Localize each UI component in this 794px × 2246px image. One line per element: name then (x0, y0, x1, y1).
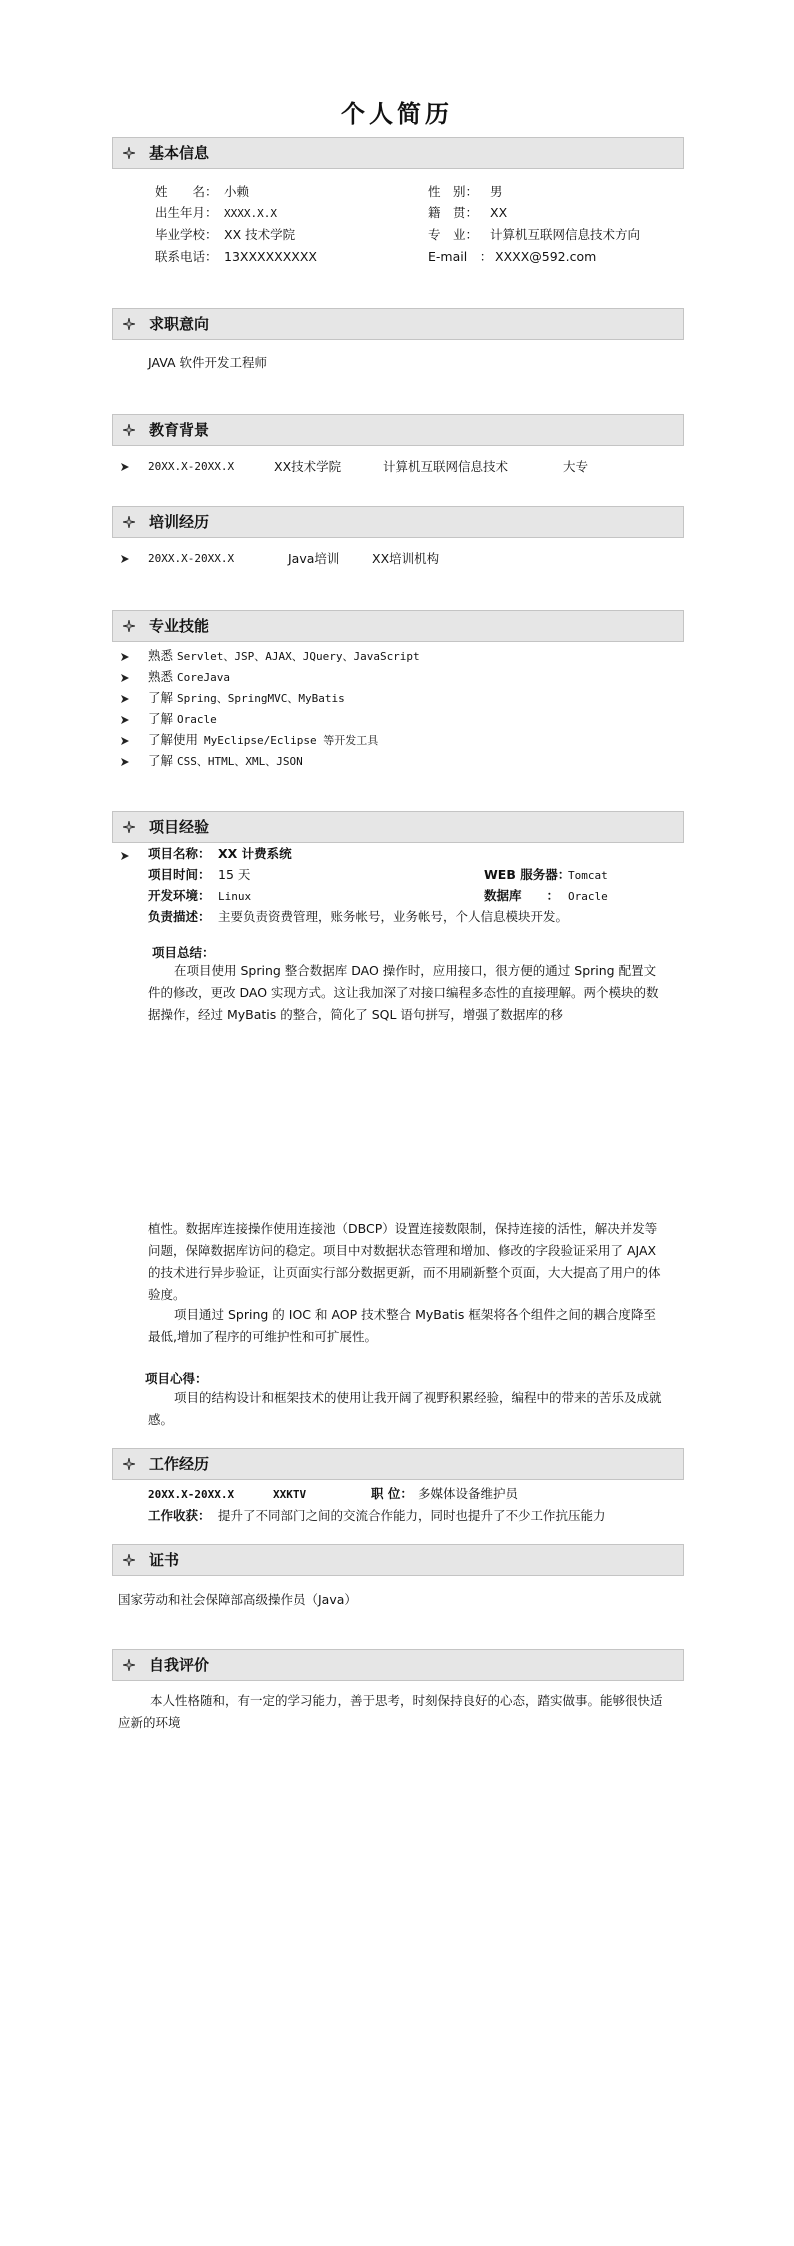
skill-text: Oracle (177, 714, 217, 725)
dev-env-value: Linux (218, 891, 251, 902)
phone-value: 13XXXXXXXXX (224, 251, 317, 264)
web-server-value: Tomcat (568, 870, 608, 881)
arrow-bullet-icon (120, 673, 130, 683)
section-title: 基本信息 (149, 146, 209, 161)
diamond-bullet-icon (123, 821, 135, 833)
database-value: Oracle (568, 891, 608, 902)
arrow-bullet-icon (120, 715, 130, 725)
section-header-training: 培训经历 (112, 506, 684, 538)
position-label: 职 位： (371, 1488, 413, 1501)
skill-text: MyEclipse/Eclipse 等开发工具 (204, 735, 378, 746)
name-label: 姓 名： (155, 186, 218, 199)
summary-label: 项目总结： (152, 947, 215, 960)
skill-text: CoreJava (177, 672, 230, 683)
gender-label: 性 别： (428, 186, 478, 199)
school-label: 毕业学校： (155, 229, 218, 242)
section-title: 教育背景 (149, 423, 209, 438)
project-name-value: XX 计费系统 (218, 848, 292, 861)
training-course: Java培训 (288, 553, 339, 566)
work-gain-value: 提升了不同部门之间的交流合作能力，同时也提升了不少工作抗压能力 (218, 1510, 606, 1523)
summary-paragraph-3: 项目通过 Spring 的 IOC 和 AOP 技术整合 MyBatis 框架将… (148, 1304, 666, 1348)
skill-prefix: 熟悉 (148, 650, 173, 663)
diamond-bullet-icon (123, 318, 135, 330)
education-school: XX技术学院 (274, 461, 341, 474)
project-name-label: 项目名称： (148, 848, 211, 861)
phone-label: 联系电话： (155, 251, 218, 264)
hometown-value: XX (490, 207, 507, 220)
name-value: 小赖 (224, 186, 249, 199)
email-label: E-mail ： (428, 251, 492, 264)
section-title: 专业技能 (149, 619, 209, 634)
skill-text: Spring、SpringMVC、MyBatis (177, 693, 345, 704)
summary-paragraph-2: 植性。数据库连接操作使用连接池（DBCP）设置连接数限制，保持连接的活性，解决并… (148, 1218, 666, 1306)
arrow-bullet-icon (120, 462, 130, 472)
diamond-bullet-icon (123, 424, 135, 436)
skill-prefix: 了解使用 (148, 734, 198, 747)
school-value: XX 技术学院 (224, 229, 295, 242)
skill-prefix: 了解 (148, 713, 173, 726)
section-header-education: 教育背景 (112, 414, 684, 446)
web-server-label: WEB 服务器： (484, 869, 570, 882)
duty-value: 主要负责资费管理，账务帐号，业务帐号，个人信息模块开发。 (218, 911, 568, 924)
skill-text: Servlet、JSP、AJAX、JQuery、JavaScript (177, 651, 420, 662)
training-org: XX培训机构 (372, 553, 439, 566)
diamond-bullet-icon (123, 147, 135, 159)
work-company: XXKTV (273, 1489, 306, 1500)
summary-paragraph-1: 在项目使用 Spring 整合数据库 DAO 操作时，应用接口，很方便的通过 S… (148, 960, 666, 1026)
section-title: 培训经历 (149, 515, 209, 530)
arrow-bullet-icon (120, 736, 130, 746)
section-header-skills: 专业技能 (112, 610, 684, 642)
diamond-bullet-icon (123, 1458, 135, 1470)
work-gain-label: 工作收获： (148, 1510, 211, 1523)
section-header-work: 工作经历 (112, 1448, 684, 1480)
work-period: 20XX.X-20XX.X (148, 1489, 234, 1500)
insight-paragraph: 项目的结构设计和框架技术的使用让我开阔了视野积累经验，编程中的带来的苦乐及成就感… (148, 1387, 666, 1431)
arrow-bullet-icon (120, 851, 130, 861)
gender-value: 男 (490, 186, 503, 199)
diamond-bullet-icon (123, 620, 135, 632)
section-header-project: 项目经验 (112, 811, 684, 843)
job-intention-text: JAVA 软件开发工程师 (148, 357, 267, 370)
certificate-text: 国家劳动和社会保障部高级操作员（Java） (118, 1594, 357, 1607)
major-label: 专 业： (428, 229, 478, 242)
section-header-self-evaluation: 自我评价 (112, 1649, 684, 1681)
section-header-job-intention: 求职意向 (112, 308, 684, 340)
self-evaluation-text: 本人性格随和，有一定的学习能力，善于思考，时刻保持良好的心态，踏实做事。能够很快… (118, 1690, 674, 1734)
arrow-bullet-icon (120, 694, 130, 704)
database-label: 数据库 ： (484, 890, 559, 903)
project-time-label: 项目时间： (148, 869, 211, 882)
arrow-bullet-icon (120, 652, 130, 662)
arrow-bullet-icon (120, 554, 130, 564)
skill-text: CSS、HTML、XML、JSON (177, 756, 303, 767)
training-period: 20XX.X-20XX.X (148, 553, 234, 564)
section-header-certificates: 证书 (112, 1544, 684, 1576)
birth-label: 出生年月： (155, 207, 218, 220)
duty-label: 负责描述： (148, 911, 211, 924)
section-header-basic-info: 基本信息 (112, 137, 684, 169)
birth-value: XXXX.X.X (224, 208, 277, 219)
arrow-bullet-icon (120, 757, 130, 767)
diamond-bullet-icon (123, 1554, 135, 1566)
insight-label: 项目心得： (145, 1373, 208, 1386)
skill-prefix: 熟悉 (148, 671, 173, 684)
section-title: 工作经历 (149, 1457, 209, 1472)
section-title: 求职意向 (149, 317, 209, 332)
major-value: 计算机互联网信息技术方向 (490, 229, 640, 242)
section-title: 项目经验 (149, 820, 209, 835)
education-period: 20XX.X-20XX.X (148, 461, 234, 472)
diamond-bullet-icon (123, 516, 135, 528)
education-degree: 大专 (563, 461, 588, 474)
diamond-bullet-icon (123, 1659, 135, 1671)
section-title: 自我评价 (149, 1658, 209, 1673)
hometown-label: 籍 贯： (428, 207, 478, 220)
education-major: 计算机互联网信息技术 (383, 461, 508, 474)
email-value: XXXX@592.com (495, 251, 596, 264)
dev-env-label: 开发环境： (148, 890, 211, 903)
skill-prefix: 了解 (148, 692, 173, 705)
project-time-value: 15 天 (218, 869, 250, 882)
position-value: 多媒体设备维护员 (418, 1488, 518, 1501)
resume-title: 个人简历 (0, 102, 794, 126)
skill-prefix: 了解 (148, 755, 173, 768)
section-title: 证书 (149, 1553, 179, 1568)
